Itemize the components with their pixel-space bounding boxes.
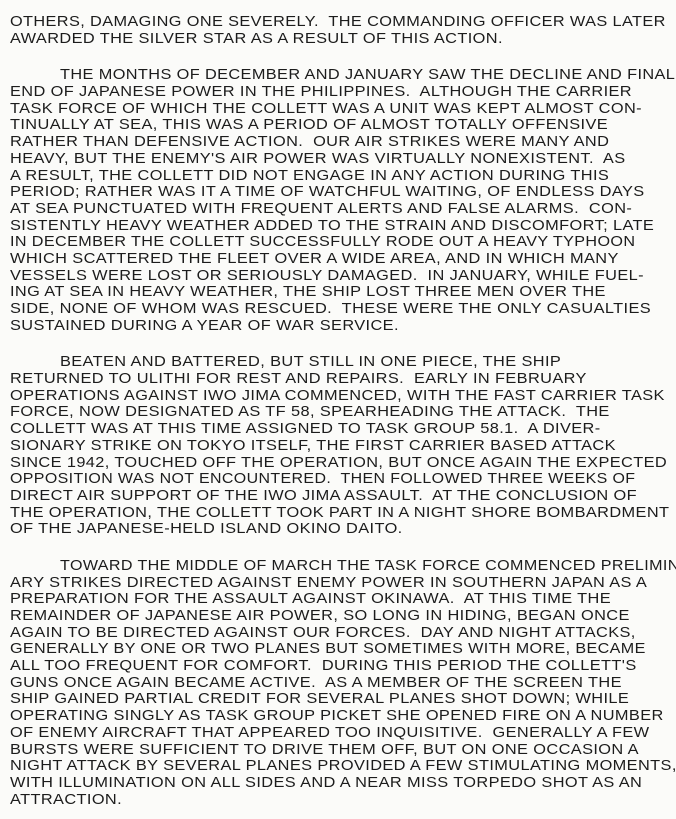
text-line: ARY STRIKES DIRECTED AGAINST ENEMY POWER… (10, 575, 676, 592)
text-line: IN DECEMBER THE COLLETT SUCCESSFULLY ROD… (10, 234, 676, 251)
text-line: GENERALLY BY ONE OR TWO PLANES BUT SOMET… (10, 641, 676, 658)
text-line: PREPARATION FOR THE ASSAULT AGAINST OKIN… (10, 591, 676, 608)
paragraph: THE MONTHS OF DECEMBER AND JANUARY SAW T… (10, 67, 672, 334)
text-line: GUNS ONCE AGAIN BECAME ACTIVE. AS A MEMB… (10, 675, 676, 692)
text-line: RATHER THAN DEFENSIVE ACTION. OUR AIR ST… (10, 134, 676, 151)
text-line: DIRECT AIR SUPPORT OF THE IWO JIMA ASSAU… (10, 488, 676, 505)
text-line: THE OPERATION, THE COLLETT TOOK PART IN … (10, 505, 676, 522)
text-line: SISTENTLY HEAVY WEATHER ADDED TO THE STR… (10, 218, 676, 235)
text-line: SIONARY STRIKE ON TOKYO ITSELF, THE FIRS… (10, 438, 676, 455)
text-line: OF ENEMY AIRCRAFT THAT APPEARED TOO INQU… (10, 725, 676, 742)
text-line: BEATEN AND BATTERED, BUT STILL IN ONE PI… (10, 354, 676, 371)
text-line: ALL TOO FREQUENT FOR COMFORT. DURING THI… (10, 658, 676, 675)
paragraph: OTHERS, DAMAGING ONE SEVERELY. THE COMMA… (10, 14, 672, 47)
paragraph-gap (10, 334, 672, 354)
text-line: AT SEA PUNCTUATED WITH FREQUENT ALERTS A… (10, 201, 676, 218)
text-line: FORCE, NOW DESIGNATED AS TF 58, SPEARHEA… (10, 404, 676, 421)
text-line: HEAVY, BUT THE ENEMY'S AIR POWER WAS VIR… (10, 151, 676, 168)
text-line: THE MONTHS OF DECEMBER AND JANUARY SAW T… (10, 67, 676, 84)
text-line: SHIP GAINED PARTIAL CREDIT FOR SEVERAL P… (10, 691, 676, 708)
text-line: AGAIN TO BE DIRECTED AGAINST OUR FORCES.… (10, 625, 676, 642)
text-line: TASK FORCE OF WHICH THE COLLETT WAS A UN… (10, 101, 676, 118)
text-line: ING AT SEA IN HEAVY WEATHER, THE SHIP LO… (10, 284, 676, 301)
paragraph: TOWARD THE MIDDLE OF MARCH THE TASK FORC… (10, 558, 672, 808)
text-line: OTHERS, DAMAGING ONE SEVERELY. THE COMMA… (10, 14, 676, 31)
text-line: AWARDED THE SILVER STAR AS A RESULT OF T… (10, 31, 676, 48)
text-line: ATTRACTION. (10, 792, 676, 809)
text-line: OPPOSITION WAS NOT ENCOUNTERED. THEN FOL… (10, 471, 676, 488)
paragraph-gap (10, 538, 672, 558)
text-line: COLLETT WAS AT THIS TIME ASSIGNED TO TAS… (10, 421, 676, 438)
text-line: TINUALLY AT SEA, THIS WAS A PERIOD OF AL… (10, 117, 676, 134)
text-line: OPERATIONS AGAINST IWO JIMA COMMENCED, W… (10, 388, 676, 405)
text-line: A RESULT, THE COLLETT DID NOT ENGAGE IN … (10, 168, 676, 185)
text-line: PERIOD; RATHER WAS IT A TIME OF WATCHFUL… (10, 184, 676, 201)
text-line: TOWARD THE MIDDLE OF MARCH THE TASK FORC… (10, 558, 676, 575)
text-line: OF THE JAPANESE-HELD ISLAND OKINO DAITO. (10, 521, 676, 538)
text-line: SIDE, NONE OF WHOM WAS RESCUED. THESE WE… (10, 301, 676, 318)
text-line: OPERATING SINGLY AS TASK GROUP PICKET SH… (10, 708, 676, 725)
text-line: WHICH SCATTERED THE FLEET OVER A WIDE AR… (10, 251, 676, 268)
text-line: BURSTS WERE SUFFICIENT TO DRIVE THEM OFF… (10, 742, 676, 759)
paragraph: BEATEN AND BATTERED, BUT STILL IN ONE PI… (10, 354, 672, 538)
text-line: NIGHT ATTACK BY SEVERAL PLANES PROVIDED … (10, 758, 676, 775)
text-line: END OF JAPANESE POWER IN THE PHILIPPINES… (10, 84, 676, 101)
text-line: REMAINDER OF JAPANESE AIR POWER, SO LONG… (10, 608, 676, 625)
text-line: VESSELS WERE LOST OR SERIOUSLY DAMAGED. … (10, 268, 676, 285)
text-line: SUSTAINED DURING A YEAR OF WAR SERVICE. (10, 318, 676, 335)
typewritten-page: OTHERS, DAMAGING ONE SEVERELY. THE COMMA… (10, 14, 672, 808)
text-line: WITH ILLUMINATION ON ALL SIDES AND A NEA… (10, 775, 676, 792)
text-line: SINCE 1942, TOUCHED OFF THE OPERATION, B… (10, 455, 676, 472)
text-line: RETURNED TO ULITHI FOR REST AND REPAIRS.… (10, 371, 676, 388)
paragraph-gap (10, 47, 672, 67)
